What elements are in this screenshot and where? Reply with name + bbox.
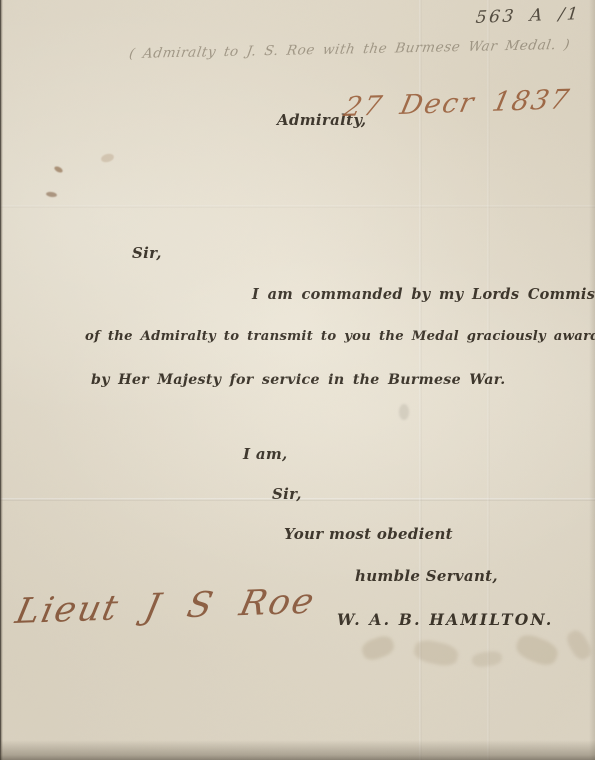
- printed-signature: W. A. B. HAMILTON.: [337, 610, 553, 629]
- ink-blemish: [46, 191, 58, 197]
- closing-line: Your most obedient: [284, 525, 453, 543]
- closing-line: I am,: [243, 445, 288, 463]
- pencil-smudge: [399, 404, 409, 420]
- ink-showthrough: [360, 633, 397, 663]
- ink-showthrough: [513, 631, 561, 669]
- ink-showthrough: [471, 650, 503, 668]
- scan-edge-left: [0, 0, 3, 760]
- scan-edge-right: [589, 0, 595, 760]
- body-line: of the Admiralty to transmit to you the …: [85, 329, 595, 344]
- archival-number: 563 A /1: [475, 4, 582, 28]
- body-line: by Her Majesty for service in the Burmes…: [91, 372, 505, 388]
- body-line: I am commanded by my Lords Commissioners: [252, 286, 595, 303]
- fold-crease-horizontal: [0, 205, 595, 208]
- dateline-date-handwritten: 27 Decr 1837: [341, 84, 573, 123]
- pencil-annotation: ( Admiralty to J. S. Roe with the Burmes…: [128, 37, 571, 62]
- scan-edge-bottom: [0, 740, 595, 760]
- scanned-letter-page: 563 A /1 ( Admiralty to J. S. Roe with t…: [0, 0, 595, 760]
- closing-line: Sir,: [272, 485, 302, 503]
- handwritten-recipient-name: Lieut J S Roe: [12, 582, 319, 632]
- ink-blemish: [53, 165, 63, 174]
- ink-blemish: [100, 152, 115, 163]
- salutation: Sir,: [132, 244, 162, 262]
- closing-line: humble Servant,: [355, 567, 498, 585]
